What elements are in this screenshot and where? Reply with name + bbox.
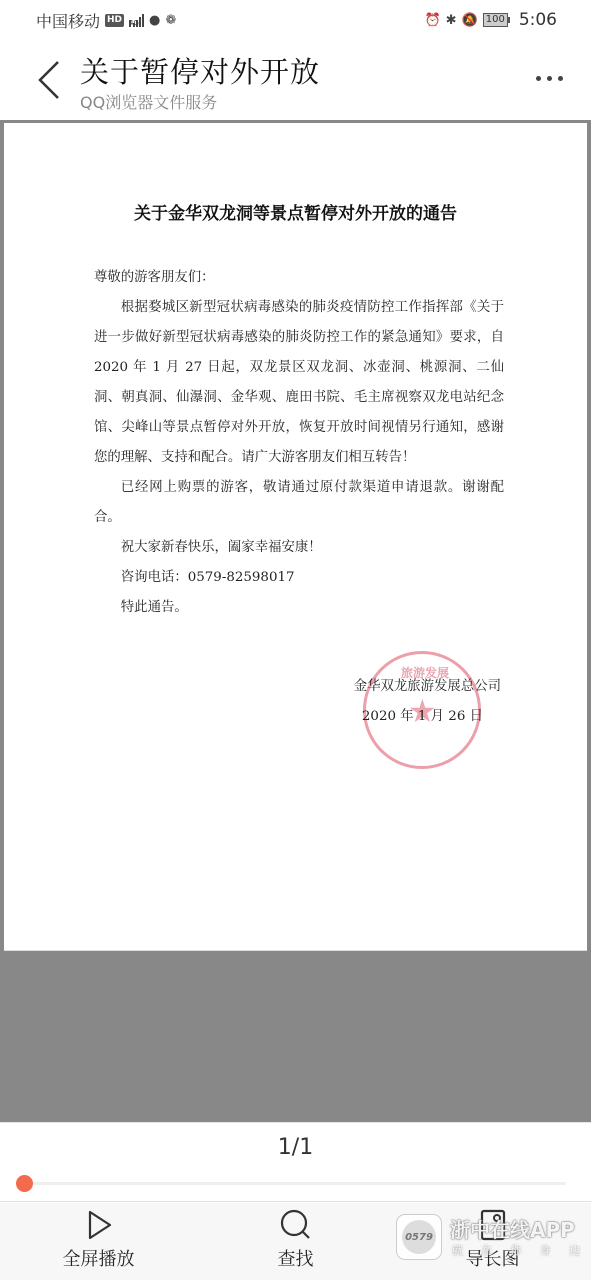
wechat-icon: ❁ (165, 13, 176, 28)
clock: 5:06 (519, 10, 557, 30)
more-dots-icon (536, 76, 541, 81)
hd-icon: HD (105, 14, 124, 27)
search-button[interactable]: 查找 (197, 1203, 394, 1280)
document-title: 关于金华双龙洞等景点暂停对外开放的通告 (4, 199, 587, 224)
paragraph: 已经网上购票的游客，敬请通过原付款渠道申请退款。谢谢配合。 (94, 473, 504, 533)
signal-icon: 4G (129, 13, 144, 27)
page-indicator: 1/1 (0, 1135, 591, 1160)
more-button[interactable] (536, 76, 563, 81)
mute-icon: 🔕 (462, 13, 478, 28)
alarm-icon: ⏰ (424, 13, 440, 28)
document-page[interactable]: 关于金华双龙洞等景点暂停对外开放的通告 尊敬的游客朋友们： 根据婺城区新型冠状病… (4, 123, 587, 951)
paragraph: 祝大家新春快乐，阖家幸福安康！ (94, 533, 504, 563)
page-indicator-bar: 1/1 (0, 1122, 591, 1202)
battery-icon: 100 (483, 13, 510, 27)
export-long-image-button[interactable]: 导长图 (394, 1203, 591, 1280)
carrier-label: 中国移动 (36, 9, 100, 32)
bottom-toolbar: 全屏播放 查找 导长图 (0, 1203, 591, 1280)
play-icon (81, 1207, 117, 1243)
paragraph: 特此通告。 (94, 593, 504, 623)
back-button[interactable] (30, 58, 70, 102)
title-bar: 关于暂停对外开放 QQ浏览器文件服务 (0, 40, 591, 120)
page-slider-thumb[interactable] (16, 1175, 33, 1192)
document-viewer[interactable]: 关于金华双龙洞等景点暂停对外开放的通告 尊敬的游客朋友们： 根据婺城区新型冠状病… (0, 120, 591, 1122)
status-bar: 中国移动 HD 4G ● ❁ ⏰ ✱ 🔕 100 5:06 (0, 0, 591, 40)
paragraph: 根据婺城区新型冠状病毒感染的肺炎疫情防控工作指挥部《关于进一步做好新型冠状病毒感… (94, 293, 504, 473)
fullscreen-play-button[interactable]: 全屏播放 (0, 1203, 197, 1280)
signature-company: 金华双龙旅游发展总公司 (301, 675, 501, 694)
chevron-left-icon (30, 58, 70, 102)
document-body: 尊敬的游客朋友们： 根据婺城区新型冠状病毒感染的肺炎疫情防控工作指挥部《关于进一… (94, 263, 504, 623)
page-subtitle: QQ浏览器文件服务 (80, 90, 217, 113)
page-slider-track[interactable] (24, 1182, 566, 1185)
status-right: ⏰ ✱ 🔕 100 5:06 (424, 10, 557, 30)
app-notification-icon: ● (149, 13, 160, 28)
bluetooth-icon: ✱ (446, 13, 457, 28)
signature-date: 2020 年 1 月 26 日 (283, 705, 483, 724)
status-left: 中国移动 HD 4G ● ❁ (36, 9, 176, 32)
search-icon (278, 1207, 314, 1243)
export-image-icon (475, 1207, 511, 1243)
page-title: 关于暂停对外开放 (80, 50, 320, 91)
paragraph: 咨询电话：0579-82598017 (94, 563, 504, 593)
greeting: 尊敬的游客朋友们： (94, 263, 504, 293)
